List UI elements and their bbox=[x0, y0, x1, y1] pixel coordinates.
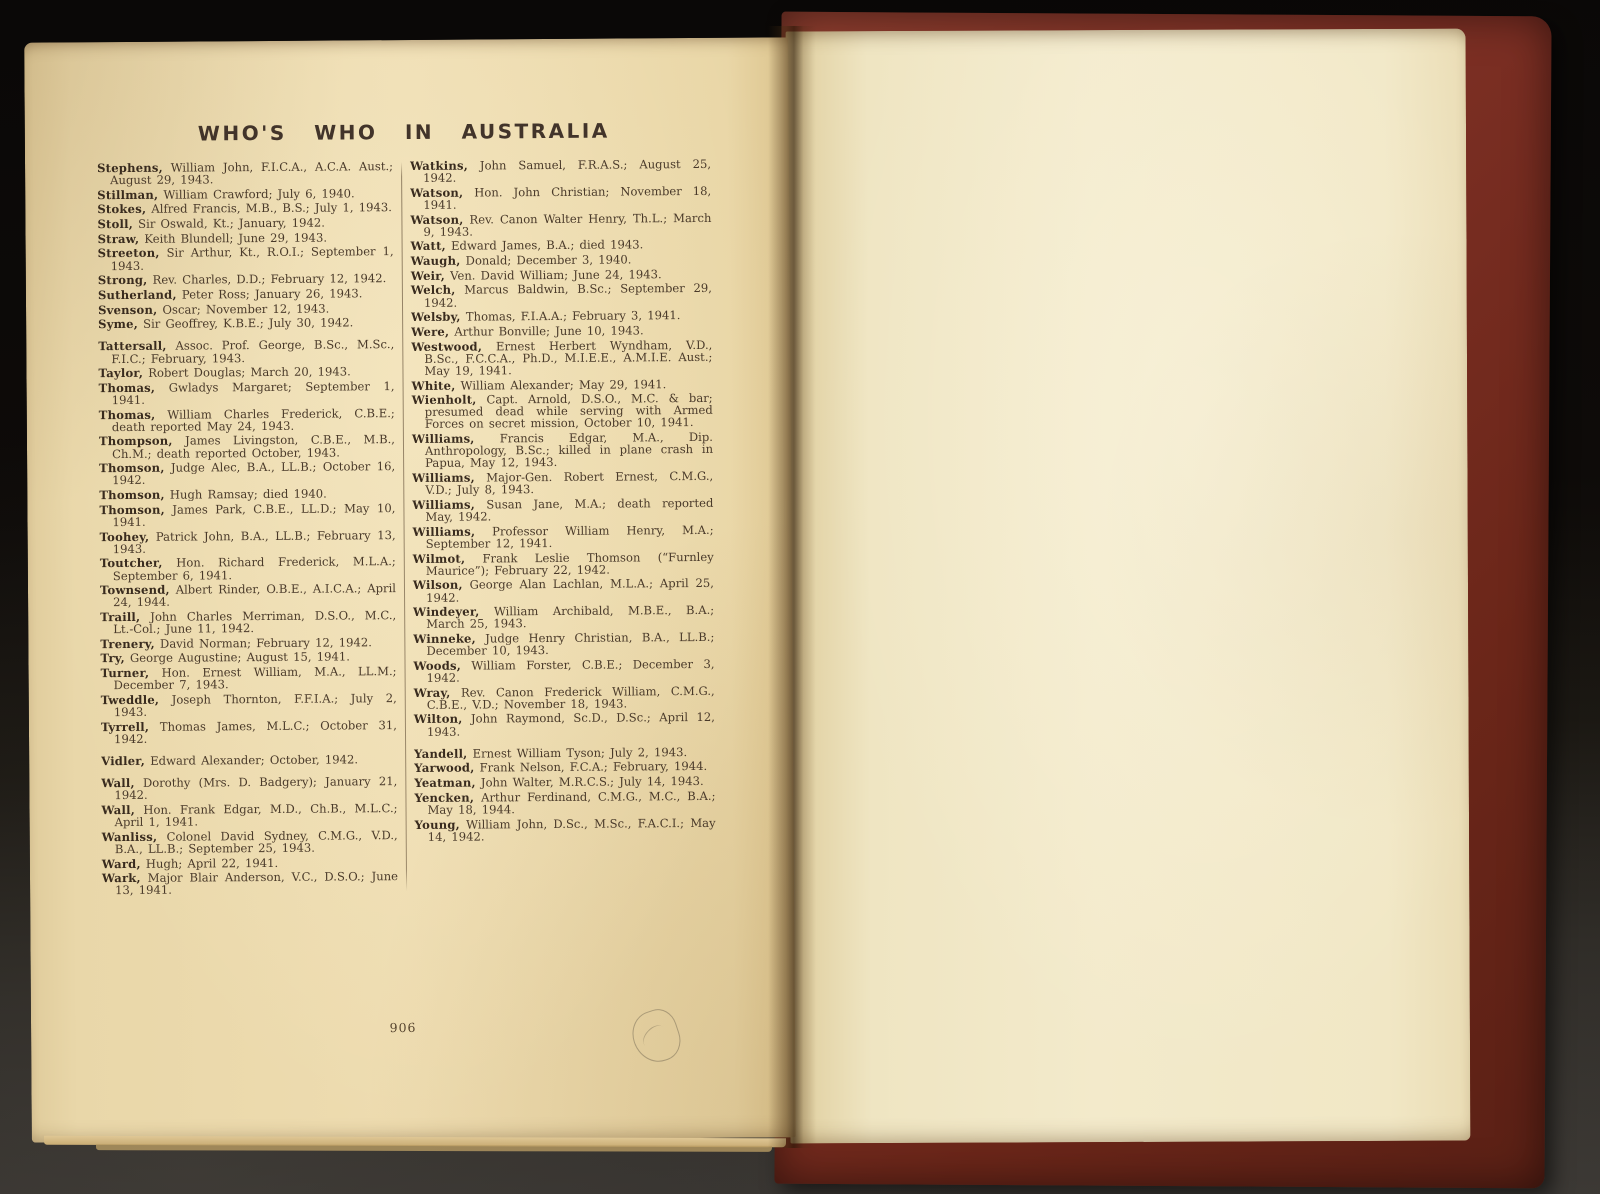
entry-surname: Syme, bbox=[98, 317, 138, 331]
entry-surname: Windeyer, bbox=[413, 605, 479, 619]
entry-surname: Wall, bbox=[101, 776, 134, 790]
entry-surname: Trenery, bbox=[100, 637, 155, 651]
directory-entry: Westwood, Ernest Herbert Wyndham, V.D., … bbox=[411, 338, 712, 377]
directory-entry: Wark, Major Blair Anderson, V.C., D.S.O.… bbox=[102, 870, 398, 896]
entry-surname: Townsend, bbox=[100, 583, 170, 597]
entry-surname: Yandell, bbox=[414, 746, 467, 760]
entry-surname: Waugh, bbox=[411, 254, 461, 268]
entry-surname: Strong, bbox=[98, 273, 148, 287]
entry-surname: Watkins, bbox=[410, 159, 468, 173]
directory-entry: Toutcher, Hon. Richard Frederick, M.L.A.… bbox=[100, 555, 396, 581]
directory-entry: Syme, Sir Geoffrey, K.B.E.; July 30, 194… bbox=[98, 316, 394, 330]
book-gutter-shadow bbox=[768, 26, 816, 1148]
directory-entry: Stokes, Alfred Francis, M.B., B.S.; July… bbox=[97, 202, 393, 216]
directory-entry: Tyrrell, Thomas James, M.L.C.; October 3… bbox=[101, 719, 397, 745]
two-column-layout: Stephens, William John, F.I.C.A., A.C.A.… bbox=[97, 158, 716, 899]
directory-entry: Watson, Hon. John Christian; November 18… bbox=[410, 185, 711, 211]
directory-entry: Strong, Rev. Charles, D.D.; February 12,… bbox=[98, 272, 394, 286]
entry-surname: Stephens, bbox=[97, 161, 163, 175]
entry-surname: Streeton, bbox=[98, 246, 160, 260]
entry-surname: Watson, bbox=[410, 185, 463, 199]
directory-entry: Young, William John, D.Sc., M.Sc., F.A.C… bbox=[415, 816, 716, 842]
entry-surname: Straw, bbox=[97, 232, 139, 246]
entry-surname: Winneke, bbox=[413, 632, 476, 646]
entry-surname: Watt, bbox=[411, 239, 446, 253]
directory-entry: Sutherland, Peter Ross; January 26, 1943… bbox=[98, 287, 394, 301]
directory-entry: Thomson, Hugh Ramsay; died 1940. bbox=[99, 487, 395, 501]
page-edge-stack bbox=[96, 1144, 772, 1152]
directory-entry: Thomas, William Charles Frederick, C.B.E… bbox=[99, 407, 395, 433]
entry-surname: Woods, bbox=[413, 658, 461, 672]
entry-surname: Yeatman, bbox=[414, 776, 475, 790]
entry-surname: Try, bbox=[100, 651, 124, 665]
directory-entry: Wray, Rev. Canon Frederick William, C.M.… bbox=[414, 684, 715, 710]
entry-surname: Yarwood, bbox=[414, 761, 474, 775]
directory-entry: Try, George Augustine; August 15, 1941. bbox=[100, 651, 396, 665]
entry-surname: Wray, bbox=[414, 685, 451, 699]
entry-surname: Stillman, bbox=[97, 188, 158, 202]
entry-surname: Tattersall, bbox=[98, 339, 166, 353]
directory-entry: Streeton, Sir Arthur, Kt., R.O.I.; Septe… bbox=[98, 246, 394, 272]
directory-entry: Thomas, Gwladys Margaret; September 1, 1… bbox=[99, 380, 395, 406]
entry-surname: Traill, bbox=[100, 610, 140, 624]
entry-surname: Toohey, bbox=[100, 529, 150, 543]
entry-surname: Williams, bbox=[412, 432, 475, 446]
directory-entry: Wall, Dorothy (Mrs. D. Badgery); January… bbox=[101, 775, 397, 801]
entry-surname: Thompson, bbox=[99, 434, 173, 449]
entry-surname: Wark, bbox=[102, 871, 141, 885]
entry-surname: Westwood, bbox=[411, 339, 482, 353]
directory-entry: Wanliss, Colonel David Sydney, C.M.G., V… bbox=[102, 829, 398, 855]
directory-entry: Wilmot, Frank Leslie Thomson (“Furnley M… bbox=[413, 550, 714, 576]
directory-entry: Williams, Major-Gen. Robert Ernest, C.M.… bbox=[412, 470, 713, 496]
directory-entry: Taylor, Robert Douglas; March 20, 1943. bbox=[98, 365, 394, 379]
right-column: Watkins, John Samuel, F.R.A.S.; August 2… bbox=[410, 158, 716, 897]
directory-entry: Thomson, Judge Alec, B.A., LL.B.; Octobe… bbox=[99, 460, 395, 486]
entry-surname: Wanliss, bbox=[102, 830, 158, 844]
page-header: WHO'S WHO IN AUSTRALIA bbox=[97, 118, 711, 146]
entry-surname: Thomas, bbox=[99, 381, 156, 395]
directory-entry: Winneke, Judge Henry Christian, B.A., LL… bbox=[413, 631, 714, 657]
directory-entry: Waugh, Donald; December 3, 1940. bbox=[411, 253, 712, 267]
directory-entry: Thompson, James Livingston, C.B.E., M.B.… bbox=[99, 434, 395, 460]
entry-surname: Stokes, bbox=[97, 202, 146, 216]
entry-surname: Tweddle, bbox=[101, 693, 159, 707]
pencil-mark bbox=[626, 1004, 686, 1068]
entry-surname: Welsby, bbox=[411, 310, 461, 324]
entry-surname: Thomson, bbox=[99, 461, 164, 475]
directory-entry: Vidler, Edward Alexander; October, 1942. bbox=[101, 753, 397, 767]
directory-entry: Watt, Edward James, B.A.; died 1943. bbox=[411, 238, 712, 252]
entry-surname: Wilson, bbox=[413, 578, 463, 592]
directory-entry: Stephens, William John, F.I.C.A., A.C.A.… bbox=[97, 160, 393, 186]
entry-surname: Wienholt, bbox=[412, 393, 477, 407]
entry-surname: Vidler, bbox=[101, 754, 145, 768]
entry-surname: Yencken, bbox=[414, 790, 474, 804]
entry-surname: Thomson, bbox=[99, 502, 164, 516]
directory-entry: Straw, Keith Blundell; June 29, 1943. bbox=[97, 231, 393, 245]
entry-surname: Turner, bbox=[101, 666, 150, 680]
entry-surname: Tyrrell, bbox=[101, 720, 149, 734]
directory-entry: Watson, Rev. Canon Walter Henry, Th.L.; … bbox=[410, 212, 711, 238]
entry-surname: Toutcher, bbox=[100, 556, 163, 570]
directory-entry: Were, Arthur Bonville; June 10, 1943. bbox=[411, 324, 712, 338]
entry-surname: Williams, bbox=[413, 524, 476, 538]
entry-surname: Ward, bbox=[102, 857, 141, 871]
entry-surname: Wilmot, bbox=[413, 551, 466, 565]
directory-entry: Yeatman, John Walter, M.R.C.S.; July 14,… bbox=[414, 775, 715, 789]
directory-entry: Yarwood, Frank Nelson, F.C.A.; February,… bbox=[414, 760, 715, 774]
printed-text-area: WHO'S WHO IN AUSTRALIA Stephens, William… bbox=[97, 118, 716, 899]
entry-surname: Wall, bbox=[101, 803, 134, 817]
directory-entry: Traill, John Charles Merriman, D.S.O., M… bbox=[100, 609, 396, 635]
entry-surname: Young, bbox=[415, 817, 460, 831]
entry-surname: Williams, bbox=[412, 497, 475, 511]
entry-surname: Weir, bbox=[411, 268, 445, 282]
directory-entry: Stillman, William Crawford; July 6, 1940… bbox=[97, 187, 393, 201]
left-column: Stephens, William John, F.I.C.A., A.C.A.… bbox=[97, 160, 398, 899]
directory-entry: Thomson, James Park, C.B.E., LL.D.; May … bbox=[99, 502, 395, 528]
directory-entry: Watkins, John Samuel, F.R.A.S.; August 2… bbox=[410, 158, 711, 184]
page-number: 906 bbox=[363, 1020, 443, 1036]
entry-surname: Thomas, bbox=[99, 407, 156, 421]
directory-entry: Williams, Professor William Henry, M.A.;… bbox=[413, 524, 714, 550]
entry-surname: Wilton, bbox=[414, 712, 463, 726]
directory-entry: Stoll, Sir Oswald, Kt.; January, 1942. bbox=[97, 216, 393, 230]
directory-entry: Tweddle, Joseph Thornton, F.F.I.A.; July… bbox=[101, 692, 397, 718]
entry-surname: Williams, bbox=[412, 471, 475, 485]
directory-entry: Wilson, George Alan Lachlan, M.L.A.; Apr… bbox=[413, 577, 714, 603]
directory-entry: Welch, Marcus Baldwin, B.Sc.; September … bbox=[411, 282, 712, 308]
entry-surname: White, bbox=[412, 378, 456, 392]
entry-surname: Watson, bbox=[410, 212, 463, 226]
entry-surname: Were, bbox=[411, 325, 449, 339]
photo-background: WHO'S WHO IN AUSTRALIA Stephens, William… bbox=[0, 0, 1600, 1194]
entry-surname: Thomson, bbox=[99, 488, 164, 502]
directory-entry: Townsend, Albert Rinder, O.B.E., A.I.C.A… bbox=[100, 582, 396, 608]
directory-entry: Tattersall, Assoc. Prof. George, B.Sc., … bbox=[98, 338, 394, 364]
directory-entry: Woods, William Forster, C.B.E.; December… bbox=[413, 658, 714, 684]
directory-entry: Williams, Susan Jane, M.A.; death report… bbox=[412, 497, 713, 523]
directory-entry: Yandell, Ernest William Tyson; July 2, 1… bbox=[414, 746, 715, 760]
directory-entry: White, William Alexander; May 29, 1941. bbox=[412, 377, 713, 391]
entry-surname: Sutherland, bbox=[98, 288, 177, 303]
directory-entry: Yencken, Arthur Ferdinand, C.M.G., M.C.,… bbox=[414, 790, 715, 816]
entry-surname: Svenson, bbox=[98, 302, 157, 316]
entry-surname: Stoll, bbox=[97, 217, 133, 231]
left-page: WHO'S WHO IN AUSTRALIA Stephens, William… bbox=[24, 37, 796, 1142]
column-divider bbox=[401, 162, 407, 891]
right-page-blank bbox=[786, 29, 1471, 1144]
entry-surname: Welch, bbox=[411, 283, 456, 297]
directory-entry: Wienholt, Capt. Arnold, D.S.O., M.C. & b… bbox=[412, 392, 713, 431]
directory-entry: Williams, Francis Edgar, M.A., Dip. Anth… bbox=[412, 431, 713, 470]
directory-entry: Toohey, Patrick John, B.A., LL.B.; Febru… bbox=[100, 529, 396, 555]
directory-entry: Windeyer, William Archibald, M.B.E., B.A… bbox=[413, 604, 714, 630]
directory-entry: Wall, Hon. Frank Edgar, M.D., Ch.B., M.L… bbox=[101, 802, 397, 828]
directory-entry: Ward, Hugh; April 22, 1941. bbox=[102, 856, 398, 870]
directory-entry: Turner, Hon. Ernest William, M.A., LL.M.… bbox=[101, 665, 397, 691]
directory-entry: Welsby, Thomas, F.I.A.A.; February 3, 19… bbox=[411, 309, 712, 323]
directory-entry: Weir, Ven. David William; June 24, 1943. bbox=[411, 268, 712, 282]
entry-surname: Taylor, bbox=[98, 366, 143, 380]
directory-entry: Svenson, Oscar; November 12, 1943. bbox=[98, 302, 394, 316]
directory-entry: Trenery, David Norman; February 12, 1942… bbox=[100, 636, 396, 650]
directory-entry: Wilton, John Raymond, Sc.D., D.Sc.; Apri… bbox=[414, 711, 715, 737]
